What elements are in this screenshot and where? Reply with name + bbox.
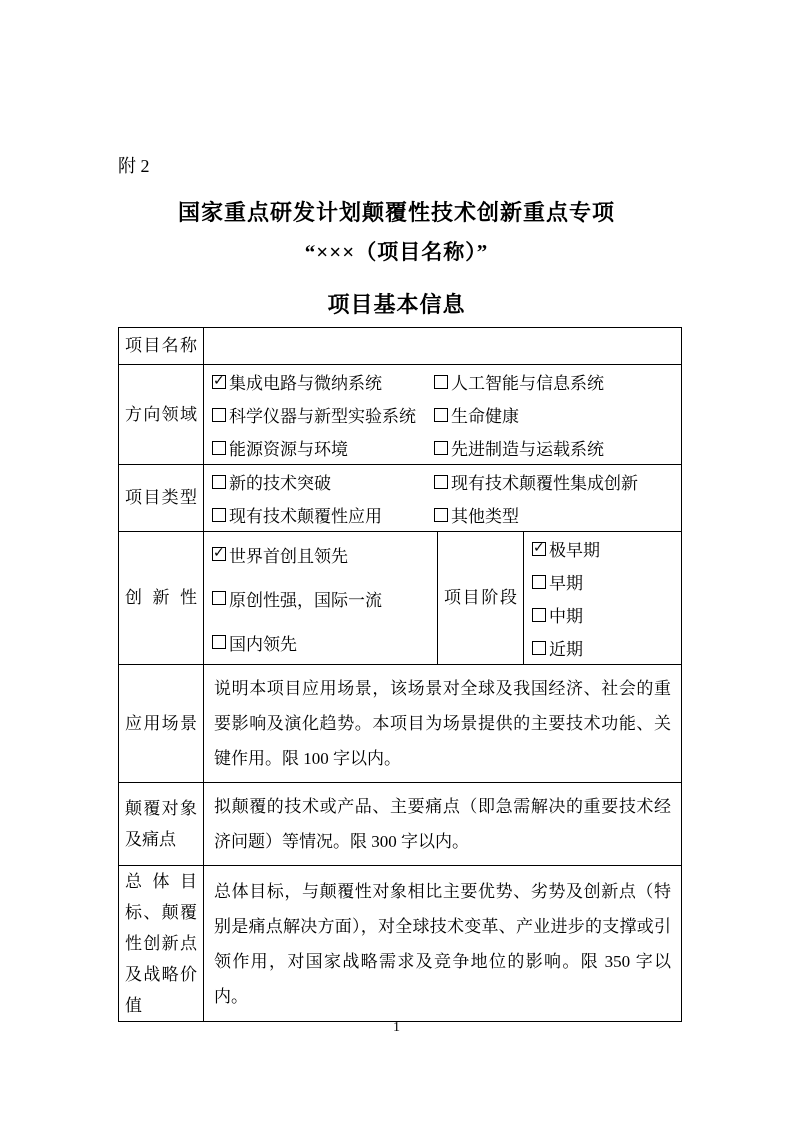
checkbox-stage-middle[interactable]: 中期	[532, 598, 681, 631]
row-label-direction: 方向领域	[119, 365, 204, 465]
project-name-input-cell[interactable]	[204, 328, 682, 365]
checkbox-label: 新的技术突破	[229, 469, 331, 494]
checkbox-icon	[212, 547, 226, 561]
table-row: 项目名称	[119, 328, 682, 365]
project-type-options-cell: 新的技术突破 现有技术颠覆性应用 现有技术颠覆性集成创新	[204, 465, 682, 532]
checkbox-icon	[532, 542, 546, 556]
checkbox-label: 能源资源与环境	[229, 435, 348, 460]
project-stage-options-cell: 极早期 早期 中期 近期	[524, 532, 682, 665]
checkbox-label: 先进制造与运载系统	[451, 435, 604, 460]
checkbox-label: 科学仪器与新型实验系统	[229, 402, 416, 427]
checkbox-icon	[434, 408, 448, 422]
checkbox-label: 集成电路与微纳系统	[229, 369, 382, 394]
checkbox-icon	[532, 575, 546, 589]
innovation-options-cell: 世界首创且领先 原创性强，国际一流 国内领先	[204, 532, 438, 665]
document-page: 附 2 国家重点研发计划颠覆性技术创新重点专项 “×××（项目名称）” 项目基本…	[0, 0, 793, 1122]
table-row: 方向领域 集成电路与微纳系统 科学仪器与新型实验系统	[119, 365, 682, 465]
checkbox-stage-very-early[interactable]: 极早期	[532, 532, 681, 565]
disruption-target-text: 拟颠覆的技术或产品、主要痛点（即急需解决的重要技术经济问题）等情况。限 300 …	[204, 783, 682, 866]
row-label-project-stage: 项目阶段	[438, 532, 524, 665]
row-label-innovation: 创 新 性	[119, 532, 204, 665]
row-label-overall-goal: 总体目标、颠覆性创新点及战略价值	[119, 866, 204, 1022]
checkbox-label: 生命健康	[451, 402, 519, 427]
checkbox-advanced-manufacturing-transport[interactable]: 先进制造与运载系统	[434, 431, 681, 464]
checkbox-integrated-circuits-micro-nano[interactable]: 集成电路与微纳系统	[212, 365, 434, 398]
checkbox-world-first-leading[interactable]: 世界首创且领先	[212, 532, 437, 576]
checkbox-label: 人工智能与信息系统	[451, 369, 604, 394]
checkbox-label: 其他类型	[451, 502, 519, 527]
checkbox-icon	[212, 408, 226, 422]
checkbox-other-types[interactable]: 其他类型	[434, 498, 681, 531]
row-label-disruption-target: 颠覆对象及痛点	[119, 783, 204, 866]
checkbox-icon	[212, 591, 226, 605]
checkbox-label: 极早期	[549, 536, 600, 561]
checkbox-icon	[532, 608, 546, 622]
table-row: 应用场景 说明本项目应用场景，该场景对全球及我国经济、社会的重要影响及演化趋势。…	[119, 665, 682, 783]
direction-options-cell: 集成电路与微纳系统 科学仪器与新型实验系统 能源资源与环境	[204, 365, 682, 465]
checkbox-icon	[212, 475, 226, 489]
checkbox-existing-tech-disruptive-application[interactable]: 现有技术颠覆性应用	[212, 498, 434, 531]
row-label-application-scenario: 应用场景	[119, 665, 204, 783]
table-row: 创 新 性 世界首创且领先 原创性强，国际一流 国内领先 项目阶段	[119, 532, 682, 665]
checkbox-label: 现有技术颠覆性应用	[229, 502, 382, 527]
checkbox-icon	[434, 375, 448, 389]
checkbox-label: 近期	[549, 635, 583, 660]
checkbox-icon	[434, 475, 448, 489]
checkbox-icon	[212, 635, 226, 649]
row-label-project-type: 项目类型	[119, 465, 204, 532]
checkbox-energy-resources-environment[interactable]: 能源资源与环境	[212, 431, 434, 464]
section-title: 项目基本信息	[0, 288, 793, 319]
checkbox-icon	[212, 375, 226, 389]
overall-goal-text: 总体目标，与颠覆性对象相比主要优势、劣势及创新点（特别是痛点解决方面），对全球技…	[204, 866, 682, 1022]
checkbox-existing-tech-disruptive-integration[interactable]: 现有技术颠覆性集成创新	[434, 465, 681, 498]
checkbox-icon	[434, 441, 448, 455]
checkbox-label: 早期	[549, 569, 583, 594]
checkbox-icon	[212, 508, 226, 522]
row-label-project-name: 项目名称	[119, 328, 204, 365]
checkbox-icon	[212, 441, 226, 455]
checkbox-new-tech-breakthrough[interactable]: 新的技术突破	[212, 465, 434, 498]
checkbox-scientific-instruments[interactable]: 科学仪器与新型实验系统	[212, 398, 434, 431]
checkbox-stage-near-term[interactable]: 近期	[532, 631, 681, 664]
checkbox-label: 世界首创且领先	[229, 542, 348, 567]
table-row: 总体目标、颠覆性创新点及战略价值 总体目标，与颠覆性对象相比主要优势、劣势及创新…	[119, 866, 682, 1022]
checkbox-life-health[interactable]: 生命健康	[434, 398, 681, 431]
checkbox-domestic-leading[interactable]: 国内领先	[212, 620, 437, 664]
project-name-placeholder-title: “×××（项目名称）”	[0, 236, 793, 266]
table-row: 项目类型 新的技术突破 现有技术颠覆性应用	[119, 465, 682, 532]
attachment-label: 附 2	[118, 152, 150, 178]
checkbox-icon	[434, 508, 448, 522]
document-title: 国家重点研发计划颠覆性技术创新重点专项	[0, 196, 793, 227]
checkbox-label: 国内领先	[229, 630, 297, 655]
checkbox-icon	[532, 641, 546, 655]
checkbox-label: 中期	[549, 602, 583, 627]
checkbox-original-international-first-class[interactable]: 原创性强，国际一流	[212, 576, 437, 620]
table-row: 颠覆对象及痛点 拟颠覆的技术或产品、主要痛点（即急需解决的重要技术经济问题）等情…	[119, 783, 682, 866]
page-number: 1	[0, 1020, 793, 1036]
application-scenario-text: 说明本项目应用场景，该场景对全球及我国经济、社会的重要影响及演化趋势。本项目为场…	[204, 665, 682, 783]
checkbox-label: 原创性强，国际一流	[229, 586, 382, 611]
project-info-table: 项目名称 方向领域 集成电路与微纳系统 科学仪器	[118, 327, 682, 1022]
checkbox-ai-information-systems[interactable]: 人工智能与信息系统	[434, 365, 681, 398]
checkbox-label: 现有技术颠覆性集成创新	[451, 469, 638, 494]
checkbox-stage-early[interactable]: 早期	[532, 565, 681, 598]
